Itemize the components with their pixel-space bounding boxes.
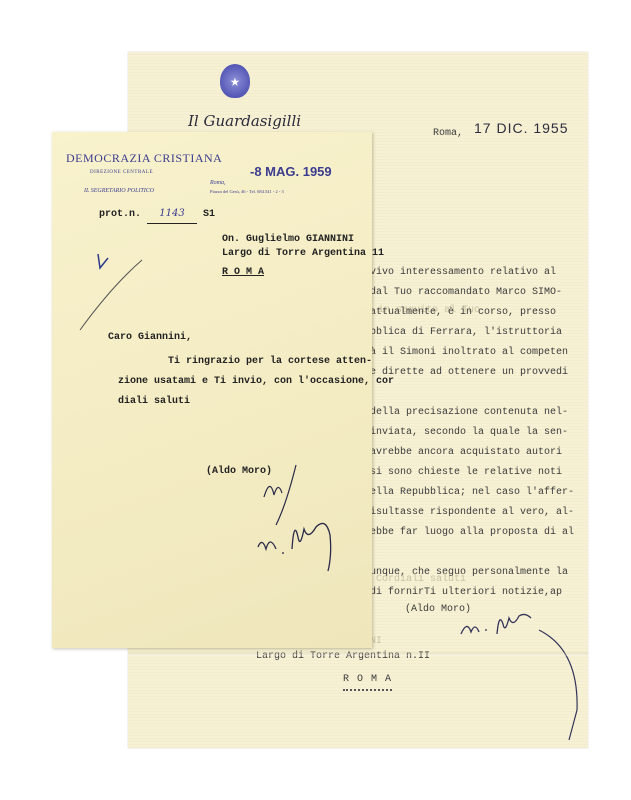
faded-closing: Cordiali saluti: [376, 570, 466, 589]
body-line: diali saluti: [118, 392, 394, 412]
body-line: e dirette ad ottenere un provvedi: [370, 363, 574, 383]
body-text-block: vivo interessamento relativo al dal Tuo …: [370, 263, 574, 603]
body-line: zione usatami e Ti invio, con l'occasion…: [118, 372, 394, 392]
address-line: Piazza del Gesù, 46 - Tel. 684.541 - 2 -…: [210, 189, 284, 194]
letterhead-role: IL SEGRETARIO POLITICO: [84, 188, 154, 194]
letterhead-sub: DIREZIONE CENTRALE: [90, 170, 153, 175]
date-stamp: -8 MAG. 1959: [250, 164, 332, 179]
recipient-address: Largo di Torre Argentina n.II: [256, 647, 430, 666]
check-mark-annotation: [72, 242, 152, 332]
protocol-label: prot.n.: [99, 209, 141, 220]
place-label: Roma,: [433, 124, 463, 143]
recipient-address: Largo di Torre Argentina 11: [222, 247, 384, 261]
front-body: Ti ringrazio per la cortese atten- zione…: [118, 352, 394, 412]
body-line: vivo interessamento relativo al: [370, 263, 574, 283]
recipient-name: On. Guglielmo GIANNINI: [222, 233, 384, 247]
body-line: dal Tuo raccomandato Marco SIMO-: [370, 283, 574, 303]
protocol-line: prot.n. 1143 S1: [99, 204, 215, 224]
body-line: della precisazione contenuta nel-: [370, 403, 574, 423]
body-line: isultasse rispondente al vero, al-: [370, 503, 574, 523]
star-emblem-icon: ★: [220, 64, 250, 98]
body-line: bblica di Ferrara, l'istruttoria: [370, 323, 574, 343]
letterhead-title: Il Guardasigilli: [188, 112, 301, 130]
body-line: Ti ringrazio per la cortese atten-: [118, 352, 394, 372]
body-line: ella Repubblica; nel caso l'affer-: [370, 483, 574, 503]
signature-mark: [453, 612, 593, 762]
signature-mark: [252, 457, 372, 587]
recipient-block: On. Guglielmo GIANNINI Largo di Torre Ar…: [222, 233, 384, 280]
protocol-suffix: S1: [203, 209, 215, 220]
place-label: Roma,: [210, 180, 226, 186]
date-stamp: 17 DIC. 1955: [474, 120, 569, 136]
protocol-number: 1143: [147, 204, 197, 224]
body-line: avrebbe ancora acquistato autori: [370, 443, 574, 463]
body-line: inviata, secondo la quale la sen-: [370, 423, 574, 443]
recipient-city: R O M A: [222, 267, 264, 278]
recipient-city: R O M A: [343, 670, 392, 691]
body-line: ebbe far luogo alla proposta di al: [370, 523, 574, 543]
salutation: Caro Giannini,: [108, 328, 192, 347]
body-line: si sono chieste le relative noti: [370, 463, 574, 483]
body-line: attualmente, è in corso, presso: [370, 303, 574, 323]
letterhead-title: DEMOCRAZIA CRISTIANA: [66, 151, 222, 166]
body-line: à il Simoni inoltrato al competen: [370, 343, 574, 363]
front-letter-page: DEMOCRAZIA CRISTIANA DIREZIONE CENTRALE …: [52, 132, 372, 648]
